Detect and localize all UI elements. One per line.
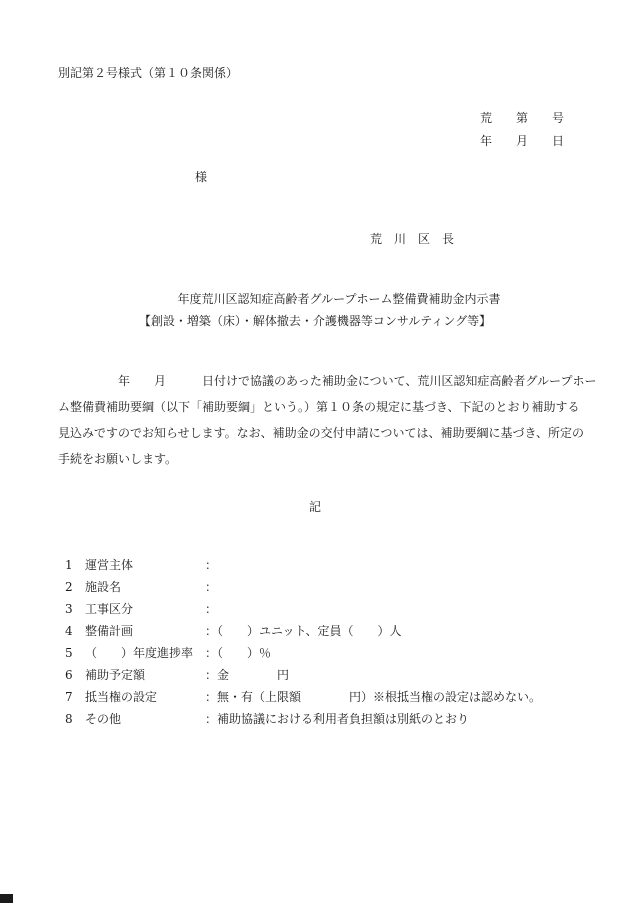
list-item: 6 補助予定額 ：金 円 [58,664,578,686]
list-item: 2 施設名 ： [58,576,578,598]
doc-date: 年 月 日 [480,130,564,153]
item-label: （ ）年度進捗率 [85,642,193,664]
record-marker: 記 [0,498,630,515]
list-item: 5 （ ）年度進捗率 ：（ ）％ [58,642,578,664]
paragraph-line: 見込みですのでお知らせします。なお、補助金の交付申請については、補助要綱に基づき… [58,420,596,446]
document-page: 別記第２号様式（第１０条関係） 荒 第 号 年 月 日 様 荒 川 区 長 年度… [0,0,630,903]
item-value: ：金 円 [205,664,289,686]
item-number: 5 [65,642,73,664]
item-number: 1 [65,554,73,576]
item-number: 2 [65,576,73,598]
list-item: 4 整備計画 ：（ ）ユニット、定員（ ）人 [58,620,578,642]
item-value: ：（ ）％ [205,642,271,664]
item-label: 抵当権の設定 [85,686,157,708]
item-value: ： [205,554,217,576]
item-value: ： [205,576,217,598]
list-item: 7 抵当権の設定 ：無・有（上限額 円）※根抵当権の設定は認めない。 [58,686,578,708]
doc-number: 荒 第 号 [480,107,564,130]
paragraph-line: ム整備費補助要綱（以下「補助要綱」という。）第１０条の規定に基づき、下記のとおり… [58,394,596,420]
list-item: 3 工事区分 ： [58,598,578,620]
item-value: ：（ ）ユニット、定員（ ）人 [205,620,401,642]
paragraph-line: 手続をお願いします。 [58,446,596,472]
paragraph-line: 年 月 日付けで協議のあった補助金について、荒川区認知症高齢者グループホー [58,368,596,394]
item-label: 工事区分 [85,598,133,620]
item-number: 8 [65,708,73,730]
item-label: 運営主体 [85,554,133,576]
document-subtitle: 【創設・増築（床）・解体撤去・介護機器等コンサルティング等】 [0,312,630,329]
item-value: ：無・有（上限額 円）※根抵当権の設定は認めない。 [205,686,541,708]
item-label: 補助予定額 [85,664,145,686]
sender-title: 荒 川 区 長 [370,230,454,247]
item-value: ： [205,598,217,620]
item-number: 7 [65,686,73,708]
item-label: 施設名 [85,576,121,598]
body-paragraph: 年 月 日付けで協議のあった補助金について、荒川区認知症高齢者グループホー ム整… [58,368,596,472]
item-number: 6 [65,664,73,686]
item-label: 整備計画 [85,620,133,642]
addressee-honorific: 様 [195,168,207,185]
item-label: その他 [85,708,121,730]
list-item: 1 運営主体 ： [58,554,578,576]
item-value: ：補助協議における利用者負担額は別紙のとおり [205,708,469,730]
item-number: 3 [65,598,73,620]
list-item: 8 その他 ：補助協議における利用者負担額は別紙のとおり [58,708,578,730]
item-number: 4 [65,620,73,642]
doc-meta: 荒 第 号 年 月 日 [480,107,564,153]
items-list: 1 運営主体 ： 2 施設名 ： 3 工事区分 ： 4 整備計画 ：（ ）ユニッ… [58,554,578,730]
form-number: 別記第２号様式（第１０条関係） [58,64,238,81]
page-corner-artifact [0,894,13,903]
document-title: 年度荒川区認知症高齢者グループホーム整備費補助金内示書 [0,290,630,307]
